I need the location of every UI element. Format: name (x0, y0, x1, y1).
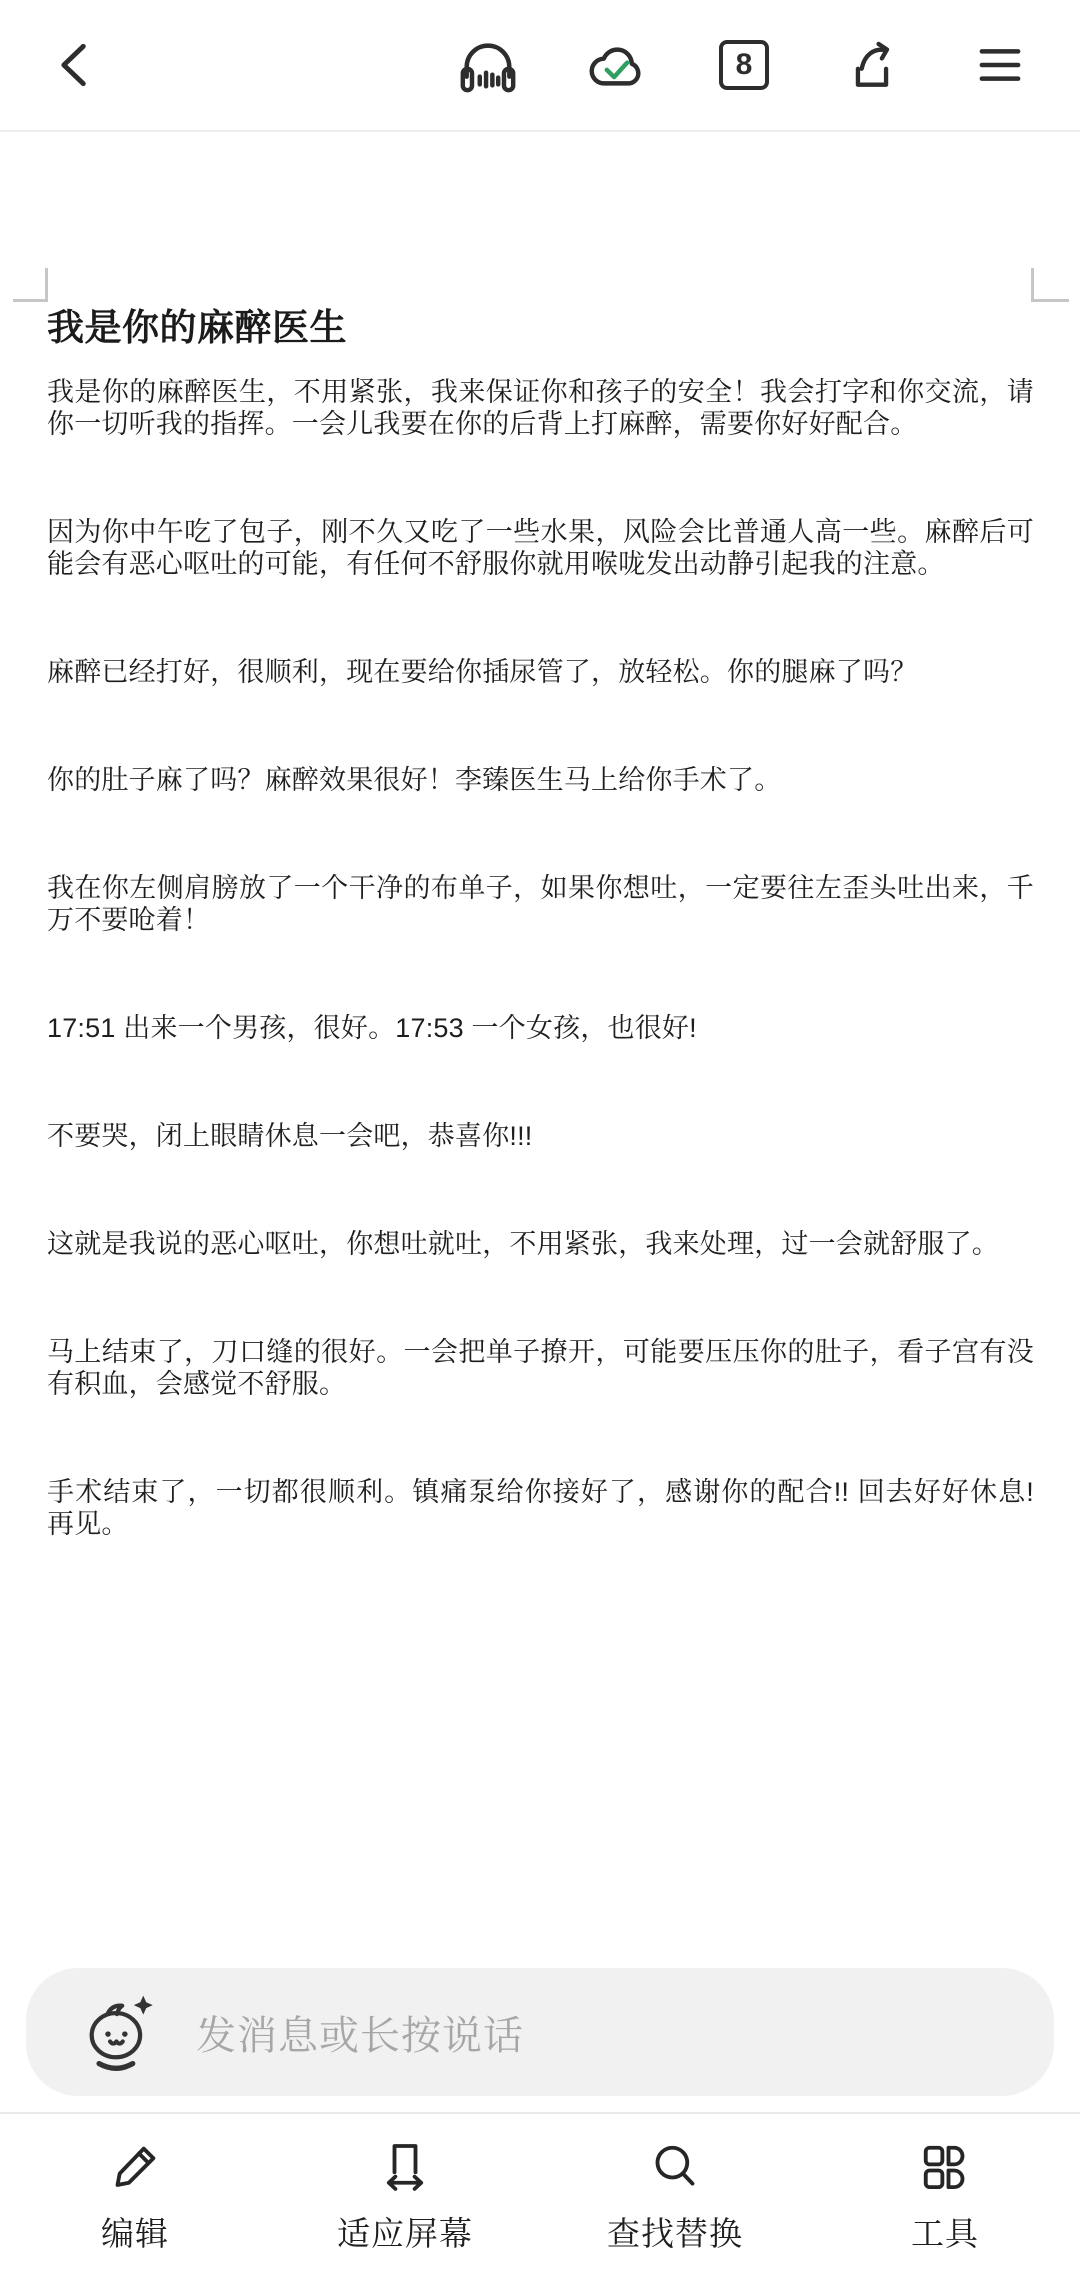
toolbar-label: 编辑 (101, 2208, 169, 2255)
tools-grid-icon (917, 2138, 973, 2196)
toolbar-label: 适应屏幕 (337, 2208, 473, 2255)
chevron-left-icon (50, 39, 102, 91)
menu-button[interactable] (968, 33, 1032, 97)
page-count-button[interactable]: 8 (712, 33, 776, 97)
page-count-badge: 8 (719, 40, 769, 90)
page-corner-mark-right (1031, 268, 1034, 302)
headphones-audio-icon (457, 34, 519, 96)
toolbar-label: 查找替换 (607, 2208, 743, 2255)
document-title: 我是你的麻醉医生 (47, 306, 1034, 350)
document-content: 我是你的麻醉医生 我是你的麻醉医生，不用紧张，我来保证你和孩子的安全！我会打字和… (0, 132, 1080, 1540)
ai-assistant-mascot-icon (78, 1992, 158, 2072)
toolbar-item-edit[interactable]: 编辑 (0, 2114, 270, 2256)
doc-viewer-screen: 8 (0, 0, 1080, 2281)
doc-paragraph: 因为你中午吃了包子，刚不久又吃了一些水果，风险会比普通人高一些。麻醉后可能会有恶… (47, 516, 1034, 580)
doc-paragraph: 17:51 出来一个男孩，很好。17:53 一个女孩，也很好! (47, 1012, 1034, 1044)
listen-button[interactable] (456, 33, 520, 97)
toolbar-item-find-replace[interactable]: 查找替换 (540, 2114, 810, 2256)
page-corner-mark-right-h (1031, 299, 1069, 302)
hamburger-menu-icon (971, 36, 1029, 94)
toolbar-label: 工具 (911, 2208, 979, 2255)
page-count-value: 8 (736, 50, 753, 80)
toolbar-item-fit-screen[interactable]: 适应屏幕 (270, 2114, 540, 2256)
doc-paragraph: 麻醉已经打好，很顺利，现在要给你插尿管了，放轻松。你的腿麻了吗？ (47, 656, 1034, 688)
doc-paragraph: 我在你左侧肩膀放了一个干净的布单子，如果你想吐，一定要往左歪头吐出来，千万不要呛… (47, 872, 1034, 936)
document-page[interactable]: 我是你的麻醉医生 我是你的麻醉医生，不用紧张，我来保证你和孩子的安全！我会打字和… (0, 132, 1080, 1968)
share-arrow-icon (842, 35, 902, 95)
ai-voice-input-bar[interactable]: 发消息或长按说话 (26, 1968, 1054, 2096)
toolbar-item-tools[interactable]: 工具 (810, 2114, 1080, 2256)
doc-paragraph: 马上结束了，刀口缝的很好。一会把单子撩开，可能要压压你的肚子，看子宫有没有积血，… (47, 1336, 1034, 1400)
doc-paragraph: 手术结束了，一切都很顺利。镇痛泵给你接好了，感谢你的配合!! 回去好好休息! 再… (47, 1476, 1034, 1540)
top-toolbar: 8 (0, 0, 1080, 132)
doc-paragraph: 你的肚子麻了吗？麻醉效果很好！李臻医生马上给你手术了。 (47, 764, 1034, 796)
back-button[interactable] (44, 33, 108, 97)
cloud-sync-button[interactable] (584, 33, 648, 97)
doc-paragraph: 不要哭，闭上眼睛休息一会吧，恭喜你!!! (47, 1120, 1034, 1152)
topbar-actions: 8 (456, 33, 1032, 97)
voice-input-placeholder: 发消息或长按说话 (196, 2004, 524, 2061)
cloud-check-icon (585, 34, 647, 96)
pencil-icon (107, 2138, 163, 2196)
bottom-toolbar: 编辑 适应屏幕 查找替换 (0, 2114, 1080, 2281)
fit-screen-icon (377, 2138, 433, 2196)
doc-paragraph: 这就是我说的恶心呕吐，你想吐就吐，不用紧张，我来处理，过一会就舒服了。 (47, 1228, 1034, 1260)
page-corner-mark-left-h (13, 299, 48, 302)
page-corner-mark-left (45, 268, 48, 302)
doc-paragraph: 我是你的麻醉医生，不用紧张，我来保证你和孩子的安全！我会打字和你交流，请你一切听… (47, 376, 1034, 440)
find-replace-icon (647, 2138, 703, 2196)
share-button[interactable] (840, 33, 904, 97)
